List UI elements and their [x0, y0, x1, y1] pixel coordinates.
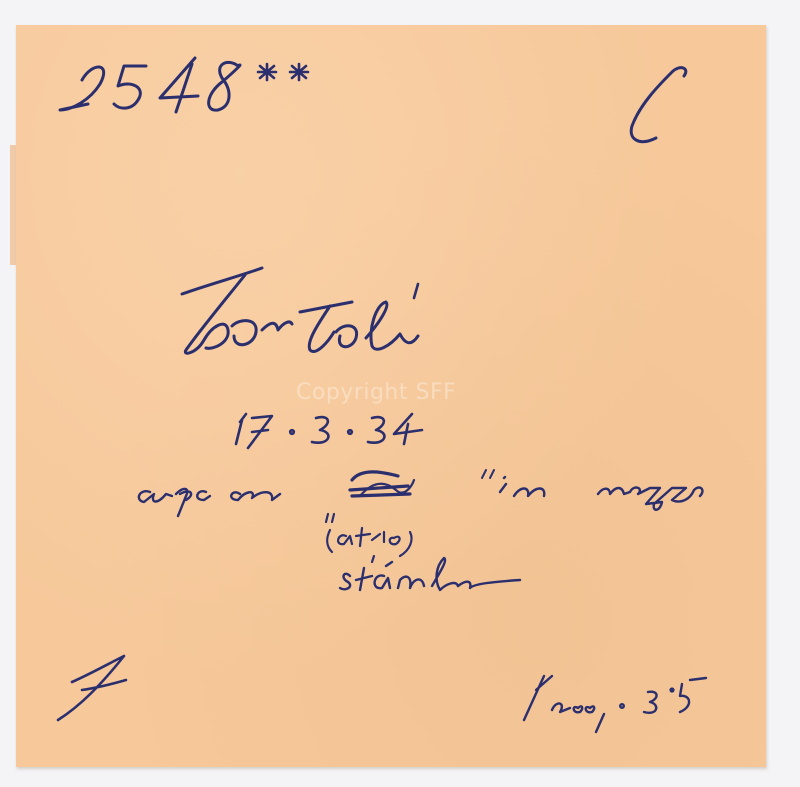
note-line-1: case con "stalla" in mezzo: [135, 470, 530, 505]
note-line-3: stanze: [340, 553, 432, 586]
place-name: Tortolì: [180, 268, 412, 350]
corner-number: 7: [60, 650, 98, 720]
copyright-watermark: Copyright SFF: [296, 380, 456, 405]
scale-note: 1/100; 35: [520, 672, 684, 712]
catalog-number: 2548**: [55, 70, 211, 121]
note-line-2: ("atrio"): [320, 518, 427, 548]
card-letter: C: [625, 80, 671, 150]
